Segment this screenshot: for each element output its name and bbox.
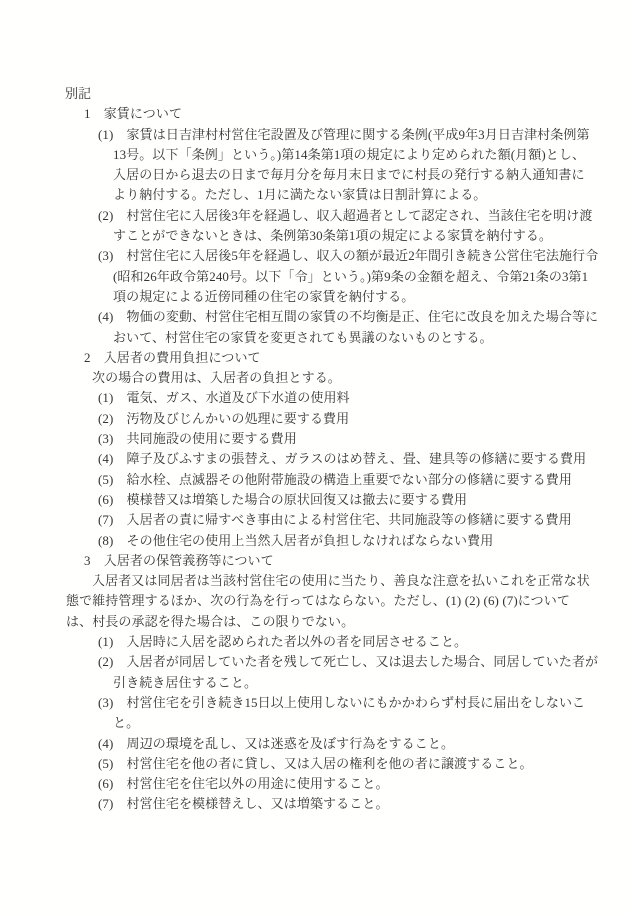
text-line: (2) 入居者が同居していた者を残して死亡し、又は退去した場合、同居していた者が bbox=[0, 652, 630, 672]
text-line: より納付する。ただし、1月に満たない家賃は日割計算による。 bbox=[0, 185, 630, 205]
text-line: 別記 bbox=[0, 84, 630, 104]
text-line: (5) 給水栓、点滅器その他附帯施設の構造上重要でない部分の修繕に要する費用 bbox=[0, 470, 630, 490]
text-line: おいて、村営住宅の家賃を変更されても異議のないものとする。 bbox=[0, 328, 630, 348]
text-line: (2) 村営住宅に入居後3年を経過し、収入超過者として認定され、当該住宅を明け渡 bbox=[0, 206, 630, 226]
text-line: (1) 家賃は日吉津村村営住宅設置及び管理に関する条例(平成9年3月日吉津村条例… bbox=[0, 125, 630, 145]
text-line: (3) 村営住宅に入居後5年を経過し、収入の額が最近2年間引き続き公営住宅法施行… bbox=[0, 246, 630, 266]
text-line: と。 bbox=[0, 713, 630, 733]
text-line: (3) 共同施設の使用に要する費用 bbox=[0, 429, 630, 449]
text-line: 引き続き居住すること。 bbox=[0, 673, 630, 693]
scanned-document-page: 別記1 家賃について(1) 家賃は日吉津村村営住宅設置及び管理に関する条例(平成… bbox=[0, 0, 630, 915]
text-line: (7) 入居者の責に帰すべき事由による村営住宅、共同施設等の修繕に要する費用 bbox=[0, 510, 630, 530]
text-line: 態で維持管理するほか、次の行為を行ってはならない。ただし、(1) (2) (6)… bbox=[0, 591, 630, 611]
text-line: 2 入居者の費用負担について bbox=[0, 348, 630, 368]
text-line: 項の規定による近傍同種の住宅の家賃を納付する。 bbox=[0, 287, 630, 307]
text-line: 13号。以下「条例」という。)第14条第1項の規定により定められた額(月額)とし… bbox=[0, 145, 630, 165]
text-line: (6) 村営住宅を住宅以外の用途に使用すること。 bbox=[0, 774, 630, 794]
document-body: 別記1 家賃について(1) 家賃は日吉津村村営住宅設置及び管理に関する条例(平成… bbox=[0, 84, 630, 815]
text-line: 3 入居者の保管義務等について bbox=[0, 551, 630, 571]
text-line: (1) 電気、ガス、水道及び下水道の使用料 bbox=[0, 388, 630, 408]
text-line: 次の場合の費用は、入居者の負担とする。 bbox=[0, 368, 630, 388]
text-line: (3) 村営住宅を引き続き15日以上使用しないにもかかわらず村長に届出をしないこ bbox=[0, 693, 630, 713]
text-line: (8) その他住宅の使用上当然入居者が負担しなければならない費用 bbox=[0, 531, 630, 551]
text-line: 入居者又は同居者は当該村営住宅の使用に当たり、善良な注意を払いこれを正常な状 bbox=[0, 571, 630, 591]
text-line: (2) 汚物及びじんかいの処理に要する費用 bbox=[0, 409, 630, 429]
text-line: (4) 物価の変動、村営住宅相互間の家賃の不均衡是正、住宅に改良を加えた場合等に bbox=[0, 307, 630, 327]
text-line: 入居の日から退去の日まで毎月分を毎月末日までに村長の発行する納入通知書に bbox=[0, 165, 630, 185]
text-line: (4) 障子及びふすまの張替え、ガラスのはめ替え、畳、建具等の修繕に要する費用 bbox=[0, 449, 630, 469]
text-line: は、村長の承認を得た場合は、この限りでない。 bbox=[0, 612, 630, 632]
text-line: (7) 村営住宅を模様替えし、又は増築すること。 bbox=[0, 794, 630, 814]
text-line: すことができないときは、条例第30条第1項の規定による家賃を納付する。 bbox=[0, 226, 630, 246]
text-line: (4) 周辺の環境を乱し、又は迷惑を及ぼす行為をすること。 bbox=[0, 734, 630, 754]
text-line: (1) 入居時に入居を認められた者以外の者を同居させること。 bbox=[0, 632, 630, 652]
text-line: (昭和26年政令第240号。以下「令」という。)第9条の金額を超え、令第21条の… bbox=[0, 267, 630, 287]
text-line: (6) 模様替又は増築した場合の原状回復又は撤去に要する費用 bbox=[0, 490, 630, 510]
text-line: (5) 村営住宅を他の者に貸し、又は入居の権利を他の者に譲渡すること。 bbox=[0, 754, 630, 774]
text-line: 1 家賃について bbox=[0, 104, 630, 124]
